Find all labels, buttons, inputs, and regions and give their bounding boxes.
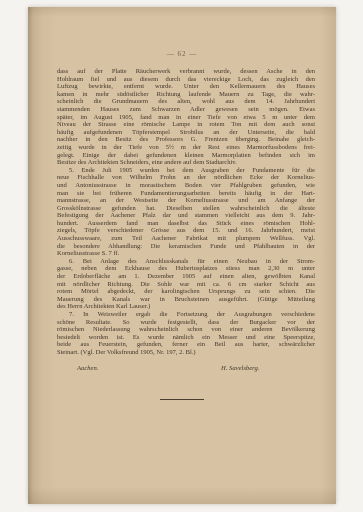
text-line: Hohlraum fiel und aus diesem durch das v…	[57, 76, 315, 84]
text-line: gelegt. Einige der dabei gefundenen klei…	[57, 152, 315, 160]
page-number: — 62 —	[28, 50, 336, 58]
text-line: Grosskölnstrasse gefunden hat. Dieselben…	[57, 205, 315, 213]
paragraph: 5. Ende Juli 1905 wurden bei dem Ausgrab…	[57, 167, 315, 258]
signature-row: Aachen. H. Savelsberg.	[57, 365, 315, 377]
text-line: Niveau der Strasse eine römische Lampe i…	[57, 121, 315, 129]
text-line: der Erdoberfläche am 1. Dezember 1905 au…	[57, 273, 315, 281]
text-line: scheinlich die Grundmauern des alten, wo…	[57, 98, 315, 106]
text-line: Besitze des Architekten Schneiders, eine…	[57, 159, 315, 167]
text-line: zeitig wurde in der Tiefe von 5½ m der R…	[57, 144, 315, 152]
text-line: man sie bei früheren Fundamentierungsarb…	[57, 190, 315, 198]
text-line: rotem Mörtel abgedeckt, der karolingisch…	[57, 288, 315, 296]
text-line: hundert. Ausserdem fand man daselbst das…	[57, 220, 315, 228]
book-page: — 62 — dass auf der Platte Räucherwerk v…	[28, 7, 336, 504]
text-line: Ausschusswaare, zum Teil Aachener Fabrik…	[57, 235, 315, 243]
text-line: nachher in den Besitz des Professors G. …	[57, 136, 315, 144]
text-line: ziegels, Töpfe verschiedener Grösse aus …	[57, 227, 315, 235]
text-line: Mauerung des Kanals war in Bruchsteinen …	[57, 296, 315, 304]
text-line: neue Fischhalle von Wilhelm Frohn an der…	[57, 174, 315, 182]
text-line: schöne Resultate. So wurde festgestellt,…	[57, 319, 315, 327]
signature-author: H. Savelsberg.	[221, 365, 259, 373]
text-line: später, im August 1905, fand man in eine…	[57, 114, 315, 122]
end-rule	[160, 399, 204, 400]
text-line: beide aus Feuerstein, gefunden, ferner e…	[57, 341, 315, 349]
signature-place: Aachen.	[77, 365, 98, 373]
text-line: besiedelt worden ist. Es wurde nämlich e…	[57, 334, 315, 342]
text-line: 6. Bei Anlage des Anschlusskanals für ei…	[57, 258, 315, 266]
text-line: mannstrasse, an der Westseite der Kornel…	[57, 197, 315, 205]
text-line: und Antoniusstrasse in morastischem Bode…	[57, 182, 315, 190]
paragraph: 7. In Weisweiler ergab die Fortsetzung d…	[57, 311, 315, 357]
text-line: Befestigung der Aachener Pfalz dar und s…	[57, 212, 315, 220]
text-line: dass auf der Platte Räucherwerk verbrann…	[57, 68, 315, 76]
text-line: gasse, neben dem Eckhause des Hubertuspl…	[57, 265, 315, 273]
text-line: Luftzug bewirkte, entfernt wurde. Unter …	[57, 83, 315, 91]
text-line: 7. In Weisweiler ergab die Fortsetzung d…	[57, 311, 315, 319]
body-text: dass auf der Platte Räucherwerk verbrann…	[57, 68, 315, 377]
text-line: des Herrn Architekten Karl Lauser.)	[57, 303, 315, 311]
text-line: römischen Niederlassung wahrscheinlich s…	[57, 326, 315, 334]
paragraph: dass auf der Platte Räucherwerk verbrann…	[57, 68, 315, 167]
text-line: kamen in mehr südöstlicher Richtung lauf…	[57, 91, 315, 99]
text-line: stammenden Hauses zum Schwarzen Adler ge…	[57, 106, 315, 114]
text-line: Steinart. (Vgl. Der Volksfreund 1905, Nr…	[57, 349, 315, 357]
scan-backdrop: — 62 — dass auf der Platte Räucherwerk v…	[0, 0, 363, 512]
paragraph: 6. Bei Anlage des Anschlusskanals für ei…	[57, 258, 315, 311]
text-line: 5. Ende Juli 1905 wurden bei dem Ausgrab…	[57, 167, 315, 175]
text-line: die besondere Abhandlung: Die keramische…	[57, 243, 315, 251]
text-line: Korneliusstrasse S. 7 ff.	[57, 250, 315, 258]
text-line: mit nördlicher Richtung. Die Sohle war m…	[57, 281, 315, 289]
text-line: häufig aufgefundenen Töpferstempel Strob…	[57, 129, 315, 137]
